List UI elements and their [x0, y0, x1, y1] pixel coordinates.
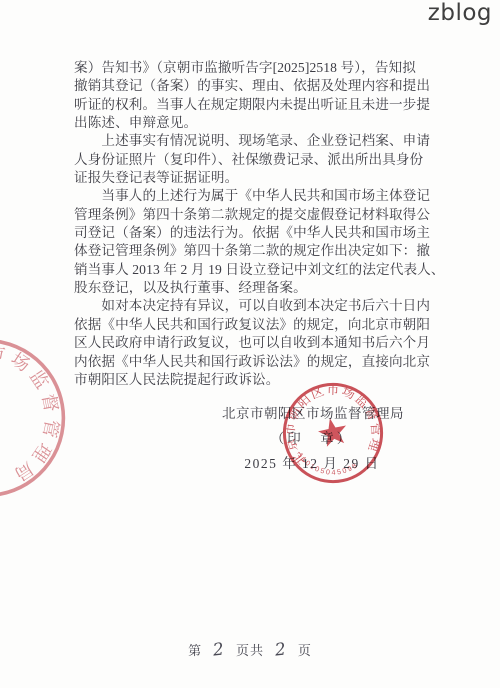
body-line: 销当事人 2013 年 2 月 19 日设立登记中刘文红的法定代表人、 — [74, 261, 432, 279]
scanned-document-page: zblog 案）告知书》（京朝市监撤听告字[2025]2518 号），告知拟撤销… — [0, 0, 500, 688]
footer-total-pages: 2 — [274, 639, 288, 660]
footer-prefix: 第 — [188, 640, 202, 659]
star-icon — [316, 415, 350, 448]
body-line: 股东登记，以及执行董事、经理备案。 — [74, 279, 432, 297]
site-watermark: zblog — [428, 0, 492, 26]
footer-suffix: 页 — [298, 640, 312, 659]
document-body: 案）告知书》（京朝市监撤听告字[2025]2518 号），告知拟撤销其登记（备案… — [74, 59, 432, 389]
body-line: 内依据《中华人民共和国行政诉讼法》的规定，直接向北京 — [74, 353, 432, 371]
body-line: 管理条例》第四十条第二款规定的提交虚假登记材料取得公 — [74, 206, 432, 224]
body-line: 撤销其登记（备案）的事实、理由、依据及处理内容和提出 — [74, 77, 432, 95]
partial-seal-ring — [0, 328, 76, 507]
body-line: 依据《中华人民共和国行政复议法》的规定，向北京市朝阳 — [74, 316, 432, 334]
body-line: 案）告知书》（京朝市监撤听告字[2025]2518 号），告知拟 — [74, 59, 432, 77]
official-seal: 北京市朝阳区市场监督管理局 110105045098 — [270, 370, 396, 496]
footer-middle: 页共 — [236, 640, 264, 659]
body-line: 区人民政府申请行政复议，也可以自收到本通知书后六个月 — [74, 334, 432, 352]
body-line: 司登记（备案）的违法行为。依据《中华人民共和国市场主 — [74, 224, 432, 242]
body-line: 听证的权利。当事人在规定期限内未提出听证且未进一步提 — [74, 96, 432, 114]
footer-page-number: 2 — [212, 639, 226, 660]
body-line: 市朝阳区人民法院提起行政诉讼。 — [74, 371, 432, 389]
body-line: 当事人的上述行为属于《中华人民共和国市场主体登记 — [74, 187, 432, 205]
body-line: 如对本决定持有异议，可以自收到本决定书后六十日内 — [74, 297, 432, 315]
page-footer: 第2页共2页 — [0, 640, 500, 660]
body-line: 人身份证照片（复印件）、社保缴费记录、派出所出具身份 — [74, 151, 432, 169]
body-line: 上述事实有情况说明、现场笔录、企业登记档案、申请 — [74, 132, 432, 150]
body-line: 出陈述、申辩意见。 — [74, 114, 432, 132]
body-line: 体登记管理条例》第四十条第二款的规定作出决定如下：撤 — [74, 242, 432, 260]
body-line: 证报失登记表等证据证明。 — [74, 169, 432, 187]
